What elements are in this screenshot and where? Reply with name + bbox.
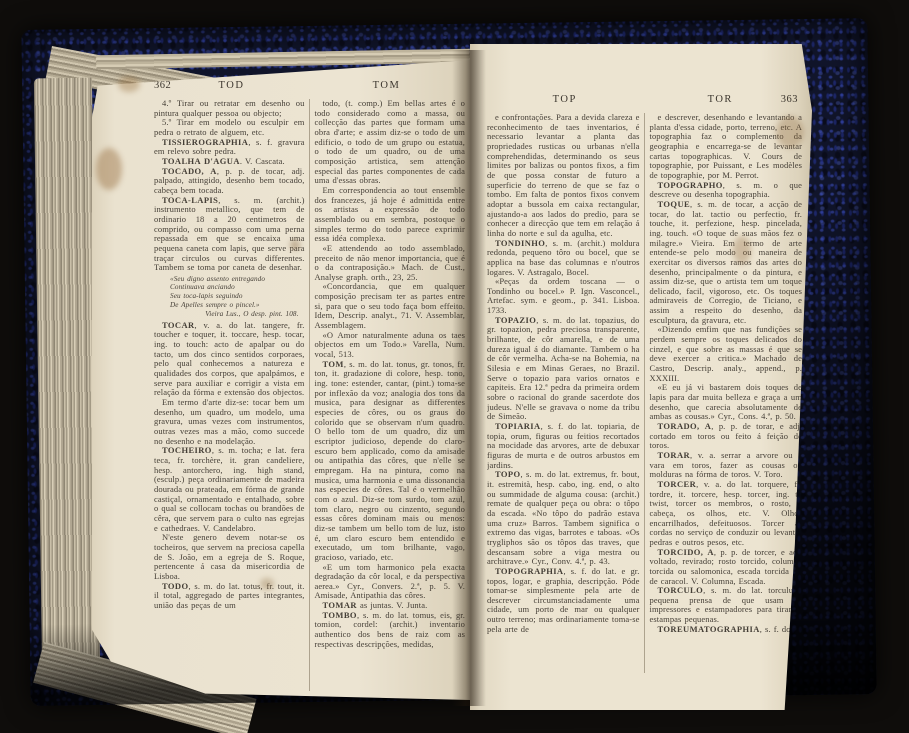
entry-headword: TOPOGRAPHO	[658, 180, 723, 190]
dictionary-paragraph: «E attendendo ao todo assemblado, precei…	[315, 244, 466, 283]
entry-headword: TOQUE	[658, 199, 691, 209]
dictionary-paragraph: TOM, s. m. do lat. tonus, gr. tonos, fr.…	[315, 360, 466, 563]
dictionary-paragraph: TOCAR, v. a. do lat. tangere, fr. touche…	[154, 321, 305, 398]
entry-headword: TOCHEIRO	[162, 445, 212, 455]
entry-headword: TORAR	[658, 450, 691, 460]
foxing-stain	[776, 116, 804, 148]
entry-headword: TORCER	[658, 479, 697, 489]
running-head-text: TOP	[553, 94, 577, 105]
running-head-left-1: 362 TOD	[154, 80, 309, 91]
entry-headword: TOM	[323, 359, 344, 369]
foxing-stain	[260, 578, 274, 590]
dictionary-paragraph: TOCHEIRO, s. m. tocha; e lat. fera teca,…	[154, 446, 305, 533]
dictionary-paragraph: «Concordancia, que em qualquer composiçã…	[315, 282, 466, 330]
dictionary-paragraph: TOCA-LAPIS, s. m. (archit.) instrumento …	[154, 196, 305, 273]
dictionary-paragraph: TOPOGRAPHO, s. m. o que descreve ou dese…	[650, 181, 803, 200]
entry-headword: TONDINHO	[495, 238, 545, 248]
entry-headword: TORADO, A	[658, 421, 712, 431]
book-gutter-shadow	[452, 50, 486, 706]
entry-headword: TOCA-LAPIS	[162, 195, 218, 205]
dictionary-paragraph: TOCADO, A, p. p. de tocar, adj. palpado,…	[154, 167, 305, 196]
entry-headword: TOMBO	[323, 610, 357, 620]
dictionary-paragraph: «Dizendo emfim que nas fundições se perd…	[650, 325, 803, 383]
left-page-column-1: 4.º Tirar ou retratar em desenho ou pint…	[154, 99, 305, 691]
right-page-column-2: e descrever, desenhando e levantando a p…	[644, 113, 803, 673]
right-page-text-block: e confrontações. Para a devida clareza e…	[470, 111, 812, 673]
dictionary-paragraph: TOPO, s. m. do lat. extremus, fr. bout, …	[487, 470, 640, 567]
foxing-stain	[96, 148, 122, 190]
right-page-column-1: e confrontações. Para a devida clareza e…	[487, 113, 640, 673]
left-page-text-block: 4.º Tirar ou retratar em desenho ou pint…	[92, 97, 470, 691]
entry-headword: TODO	[162, 581, 188, 591]
entry-headword: TORCULO	[658, 585, 704, 595]
right-page-header: TOP TOR 363	[470, 44, 812, 111]
entry-headword: TOCADO, A	[162, 166, 217, 176]
entry-headword: TOCAR	[162, 320, 195, 330]
right-page: TOP TOR 363 e confrontações. Para a devi…	[470, 44, 812, 710]
dictionary-paragraph: 5.º Tirar em modelo ou esculpir em pedra…	[154, 118, 305, 137]
dictionary-paragraph: TORCULO, s. m. do lat. torculum, pequena…	[650, 586, 803, 625]
running-head-text: TOD	[219, 80, 245, 91]
dictionary-paragraph: TORCIDO, A, p. p. de torcer, e adj. volt…	[650, 548, 803, 587]
foxing-stain	[733, 236, 751, 264]
running-head-right-2: TOR 363	[643, 94, 799, 105]
dictionary-paragraph: TOPIARIA, s. f. do lat. topiaria, de top…	[487, 422, 640, 470]
entry-headword: TOPIARIA	[495, 421, 541, 431]
page-number-left: 362	[154, 80, 171, 91]
dictionary-paragraph: e confrontações. Para a devida clareza e…	[487, 113, 640, 239]
dictionary-paragraph: TONDINHO, s. m. (archit.) moldura redond…	[487, 239, 640, 278]
foxing-stain	[290, 240, 300, 250]
foxing-stain	[118, 76, 140, 92]
dictionary-paragraph: Em termo d'arte diz-se: tocar bem um des…	[154, 398, 305, 446]
dictionary-paragraph: «Peças da ordem toscana — o Tondinho ou …	[487, 277, 640, 316]
verse-citation: Vieira Lus., O desp. pint. 108.	[170, 310, 299, 319]
dictionary-paragraph: TORADO, A, p. p. de torar, e adj. cortad…	[650, 422, 803, 451]
dictionary-paragraph: 4.º Tirar ou retratar em desenho ou pint…	[154, 99, 305, 118]
dictionary-paragraph: «O Amor naturalmente aduna os taes objec…	[315, 331, 466, 360]
dictionary-paragraph: TOREUMATOGRAPHIA, s. f. do	[650, 625, 803, 635]
verse-quote: «Seu digno assento entregandoContinuava …	[170, 275, 305, 319]
dictionary-paragraph: todo, (t. comp.) Em bellas artes é o tod…	[315, 99, 466, 186]
left-page: 362 TOD TOM 4.º Tirar ou retratar em des…	[92, 60, 470, 700]
dictionary-paragraph: TODO, s. m. do lat. totus, fr. tout, it.…	[154, 582, 305, 611]
dictionary-paragraph: TOMBO, s. m. do lat. tomus, eis, gr. tom…	[315, 611, 466, 650]
dictionary-paragraph: N'este genero devem notar-se os tocheiro…	[154, 533, 305, 581]
running-head-text: TOR	[708, 94, 733, 105]
entry-headword: TOREUMATOGRAPHIA	[658, 624, 760, 634]
dictionary-paragraph: TOPOGRAPHIA, s. f. do lat. e gr. topos, …	[487, 567, 640, 635]
entry-headword: TOALHA D'AGUA	[162, 156, 240, 166]
photo-background: 362 TOD TOM 4.º Tirar ou retratar em des…	[0, 0, 909, 733]
entry-headword: TOPAZIO	[495, 315, 536, 325]
page-number-right: 363	[781, 94, 798, 105]
running-head-text: TOM	[373, 80, 401, 91]
entry-headword: TOMAR	[323, 600, 357, 610]
verse-line: Continuava anciando	[170, 283, 305, 292]
verse-line: «Seu digno assento entregando	[170, 275, 305, 284]
verse-line: Seu toca-lapis seguindo	[170, 292, 305, 301]
running-head-right-1: TOP	[487, 94, 643, 105]
dictionary-paragraph: TISSIEROGRAPHIA, s. f. gravura em relevo…	[154, 138, 305, 157]
left-page-column-2: todo, (t. comp.) Em bellas artes é o tod…	[309, 99, 466, 691]
dictionary-paragraph: TORCER, v. a. do lat. torquere, fr. tord…	[650, 480, 803, 548]
dictionary-paragraph: TORAR, v. a. serrar a arvore ou a vara e…	[650, 451, 803, 480]
dictionary-paragraph: TOPAZIO, s. m. do lat. topazius, do gr. …	[487, 316, 640, 422]
dictionary-paragraph: «E eu já vi bastarem dois toques de lapi…	[650, 383, 803, 422]
entry-headword: TISSIEROGRAPHIA	[162, 137, 248, 147]
running-head-left-2: TOM	[309, 80, 464, 91]
dictionary-paragraph: TOQUE, s. m. de tocar, a acção de tocar,…	[650, 200, 803, 326]
dictionary-paragraph: Em correspondencia ao tout ensemble dos …	[315, 186, 466, 244]
entry-headword: TOPO	[495, 469, 521, 479]
dictionary-paragraph: «E um tom harmonico pela exacta degradaç…	[315, 563, 466, 602]
entry-headword: TOPOGRAPHIA	[495, 566, 563, 576]
verse-line: De Apelles sempre o pincel.»	[170, 301, 305, 310]
entry-headword: TORCIDO, A	[658, 547, 714, 557]
